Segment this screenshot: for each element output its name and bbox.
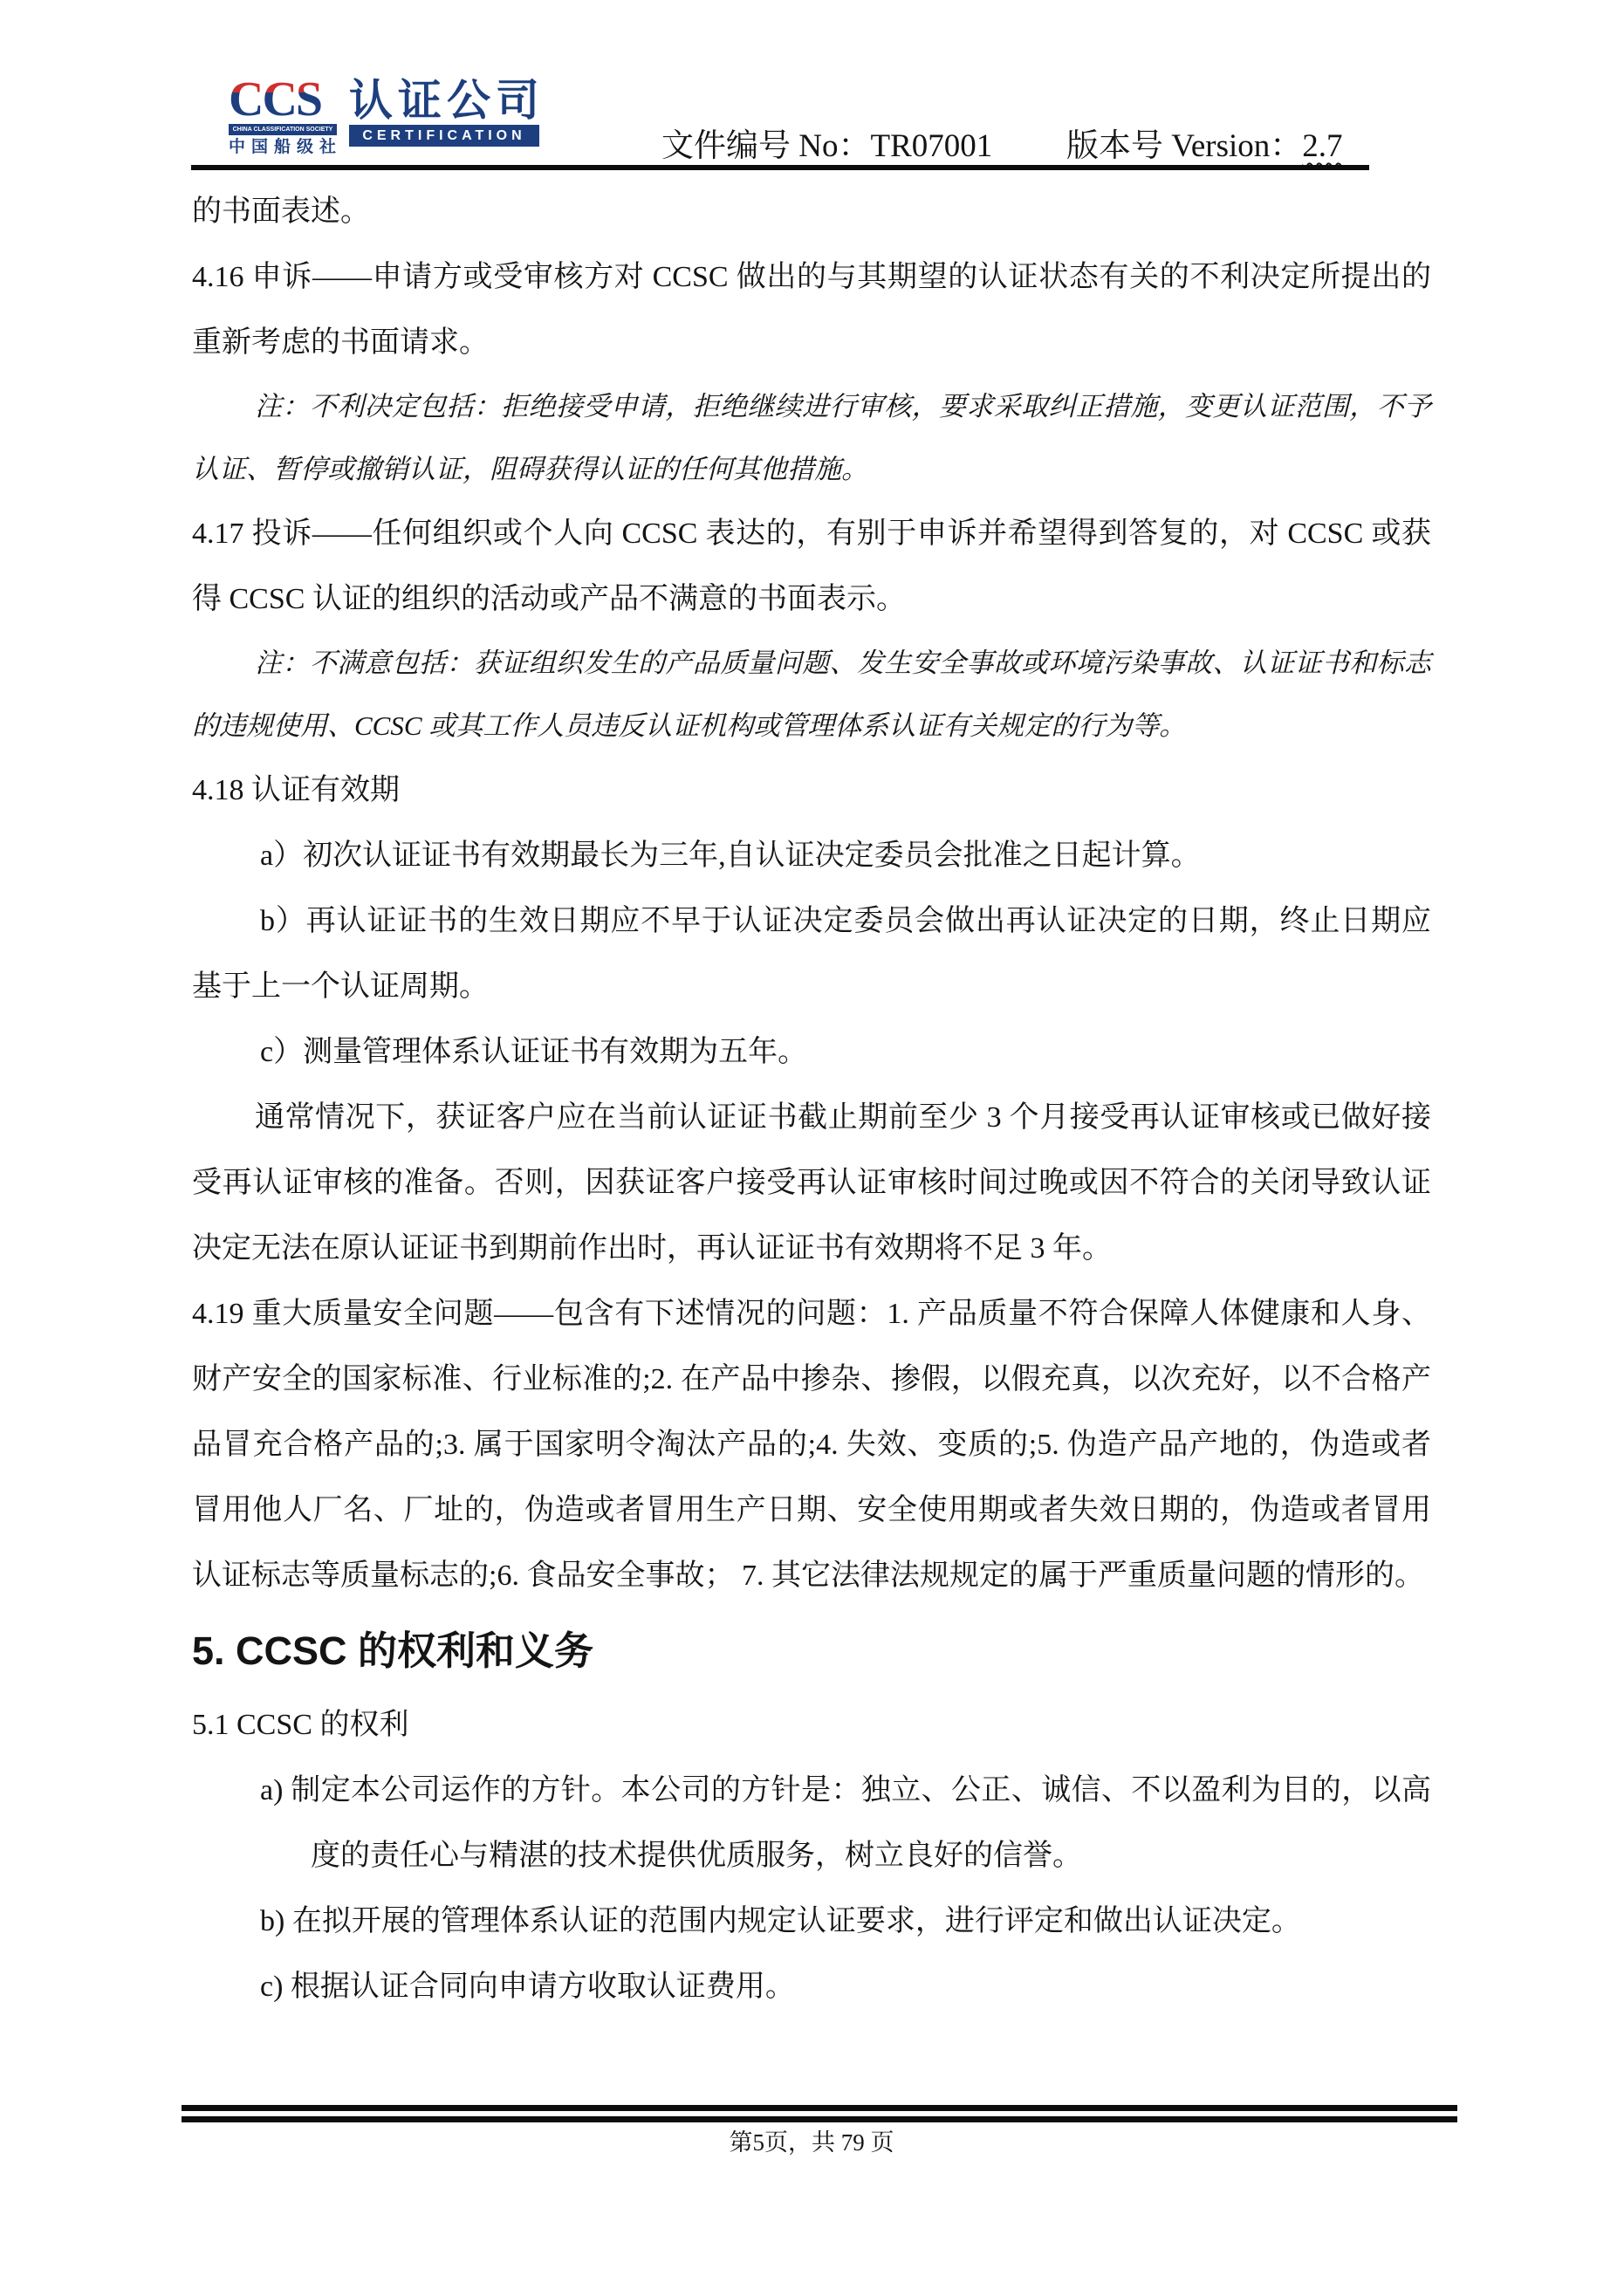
para-4-18: 4.18 认证有效期 (192, 758, 1431, 823)
note-4-16: 注：不利决定包括：拒绝接受申请，拒绝继续进行审核，要求采取纠正措施，变更认证范围… (192, 375, 1431, 501)
brand-name-cn: 认证公司 (349, 80, 545, 120)
society-name-cn: 中国船级社 (229, 138, 337, 157)
footer-rule-bottom (182, 2116, 1457, 2122)
para-4-16: 4.16 申诉——申请方或受审核方对 CCSC 做出的与其期望的认证状态有关的不… (192, 244, 1431, 375)
version-label: 版本号 Version： (1066, 128, 1302, 164)
para-4-17: 4.17 投诉——任何组织或个人向 CCSC 表达的，有别于申诉并希望得到答复的… (192, 501, 1431, 632)
item-4-18-b: b）再认证证书的生效日期应不早于认证决定委员会做出再认证决定的日期，终止日期应基… (192, 888, 1431, 1019)
item-5-1-b: b) 在拟开展的管理体系认证的范围内规定认证要求，进行评定和做出认证决定。 (192, 1889, 1431, 1954)
certification-bar: CERTIFICATION (349, 125, 539, 147)
item-5-1-a: a) 制定本公司运作的方针。本公司的方针是：独立、公正、诚信、不以盈利为目的，以… (192, 1758, 1431, 1889)
ccs-logo-letters: CCS (229, 80, 337, 120)
version-field: 版本号 Version：2.7 (1066, 119, 1343, 166)
para-5-1: 5.1 CCSC 的权利 (192, 1692, 1431, 1758)
page-number: 第5页，共 79 页 (192, 2128, 1431, 2157)
doc-number-field: 文件编号 No：TR07001 (661, 119, 992, 166)
item-5-1-c: c) 根据认证合同向申请方收取认证费用。 (192, 1954, 1431, 2019)
document-page: CCS CHINA CLASSIFICATION SOCIETY 中国船级社 认… (0, 0, 1624, 2276)
ccs-logo: CCS CHINA CLASSIFICATION SOCIETY 中国船级社 认… (229, 80, 545, 157)
item-4-18-a: a）初次认证证书有效期最长为三年,自认证决定委员会批准之日起计算。 (192, 823, 1431, 888)
section-5-heading: 5. CCSC 的权利和义务 (192, 1626, 1431, 1676)
para-continued: 的书面表述。 (192, 179, 1431, 244)
header-rule (191, 165, 1369, 170)
para-renewal: 通常情况下，获证客户应在当前认证证书截止期前至少 3 个月接受再认证审核或已做好… (192, 1085, 1431, 1281)
item-4-18-c: c）测量管理体系认证证书有效期为五年。 (192, 1019, 1431, 1085)
footer-rule-top (182, 2105, 1457, 2111)
society-name-bar: CHINA CLASSIFICATION SOCIETY (229, 124, 337, 135)
para-4-19: 4.19 重大质量安全问题——包含有下述情况的问题：1. 产品质量不符合保障人体… (192, 1281, 1431, 1608)
document-body: 的书面表述。 4.16 申诉——申请方或受审核方对 CCSC 做出的与其期望的认… (192, 179, 1431, 2019)
ccs-logo-right-block: 认证公司 CERTIFICATION (349, 80, 545, 147)
ccs-logo-left-block: CCS CHINA CLASSIFICATION SOCIETY 中国船级社 (229, 80, 337, 157)
note-4-17: 注：不满意包括：获证组织发生的产品质量问题、发生安全事故或环境污染事故、认证证书… (192, 632, 1431, 758)
version-value: 2.7 (1302, 128, 1342, 164)
